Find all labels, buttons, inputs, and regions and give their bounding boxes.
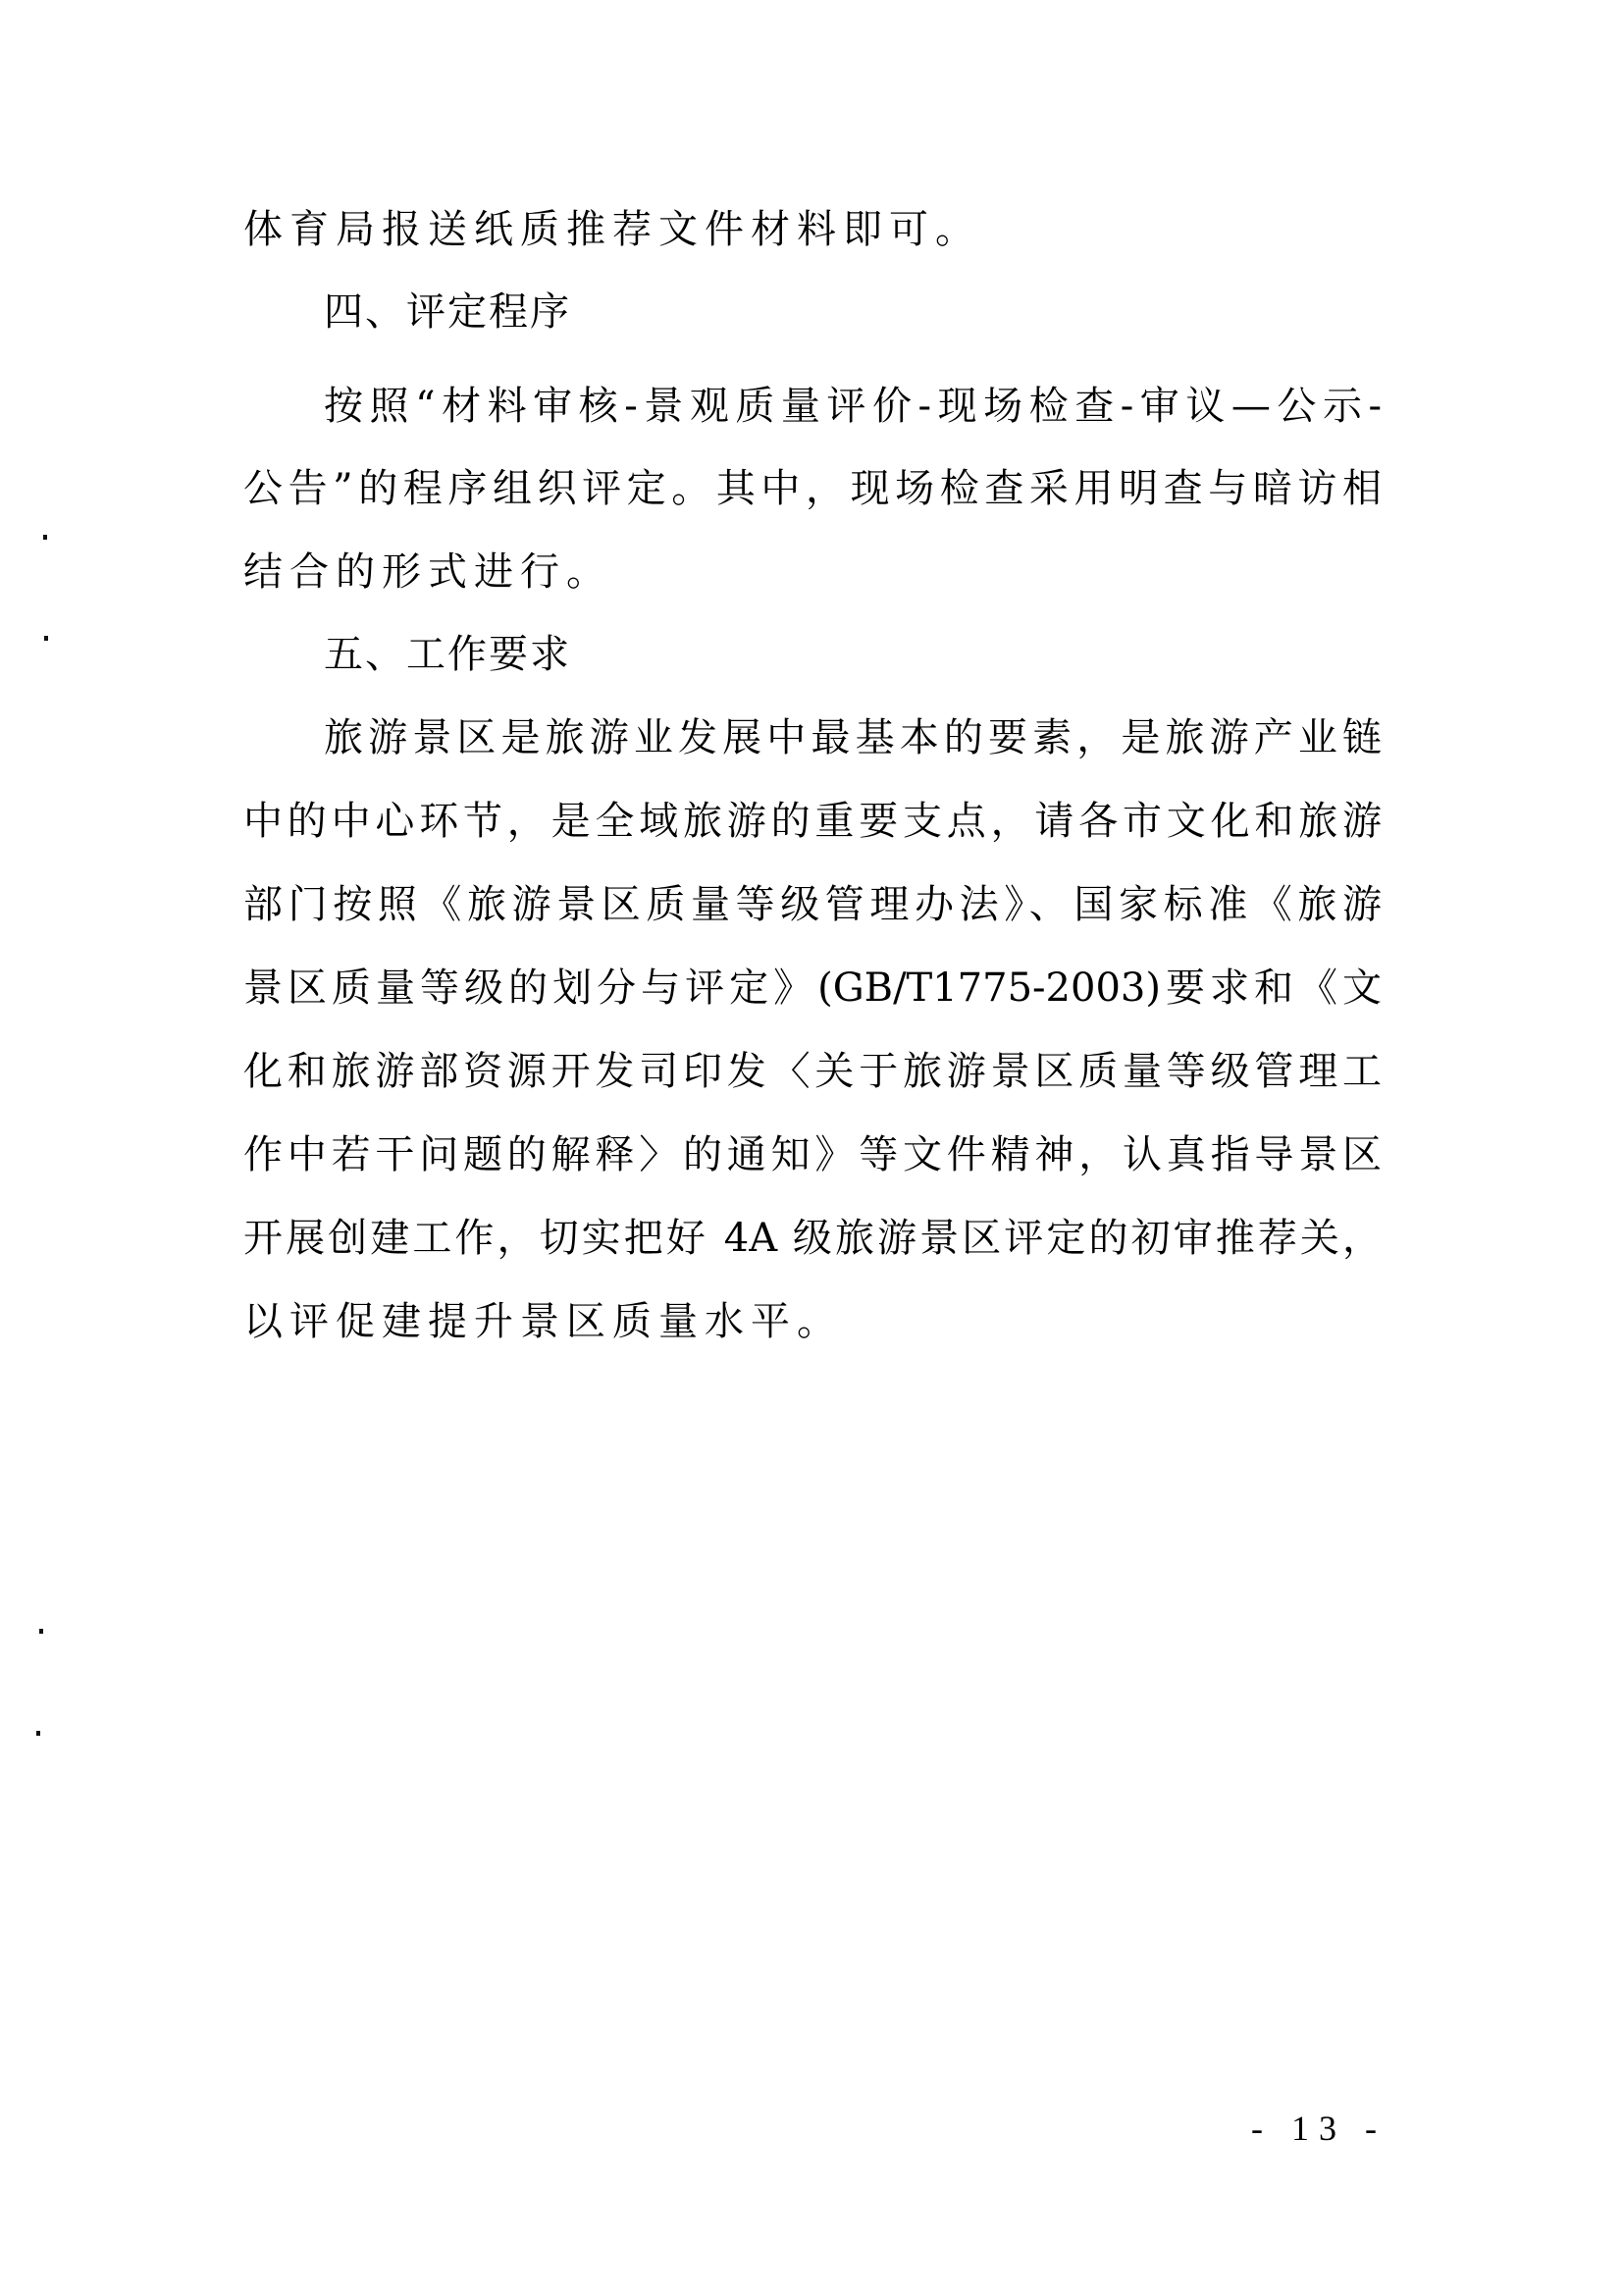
margin-mark <box>44 636 48 641</box>
paragraph-line: 结合的形式进行。 <box>243 543 1382 601</box>
paragraph-line: 部门按照《旅游景区质量等级管理办法》、国家标准《旅游 <box>243 875 1382 934</box>
section-heading-evaluation-procedure: 四、评定程序 <box>324 283 1382 341</box>
page-number: - 13 - <box>1251 2108 1387 2149</box>
paragraph-line: 中的中心环节，是全域旅游的重要支点，请各市文化和旅游 <box>243 792 1382 851</box>
margin-mark <box>43 535 47 540</box>
section-heading-work-requirements: 五、工作要求 <box>324 625 1382 684</box>
paragraph-line: 公告”的程序组织评定。其中，现场检查采用明查与暗访相 <box>243 459 1382 518</box>
margin-mark <box>39 1629 43 1634</box>
margin-mark <box>36 1731 40 1736</box>
paragraph-line: 开展创建工作，切实把好 4A 级旅游景区评定的初审推荐关， <box>243 1209 1382 1268</box>
paragraph-line: 化和旅游部资源开发司印发〈关于旅游景区质量等级管理工 <box>243 1042 1382 1101</box>
paragraph-line: 景区质量等级的划分与评定》(GB/T1775-2003)要求和《文 <box>243 959 1382 1018</box>
paragraph-line: 以评促建提升景区质量水平。 <box>243 1292 1382 1351</box>
document-page: 体育局报送纸质推荐文件材料即可。 四、评定程序 按照“材料审核-景观质量评价-现… <box>0 0 1623 2296</box>
paragraph-line: 按照“材料审核-景观质量评价-现场检查-审议—公示- <box>324 377 1382 436</box>
paragraph-line: 作中若干问题的解释〉的通知》等文件精神，认真指导景区 <box>243 1125 1382 1184</box>
paragraph-line: 旅游景区是旅游业发展中最基本的要素，是旅游产业链 <box>324 708 1382 767</box>
continuation-text: 体育局报送纸质推荐文件材料即可。 <box>243 200 1382 259</box>
